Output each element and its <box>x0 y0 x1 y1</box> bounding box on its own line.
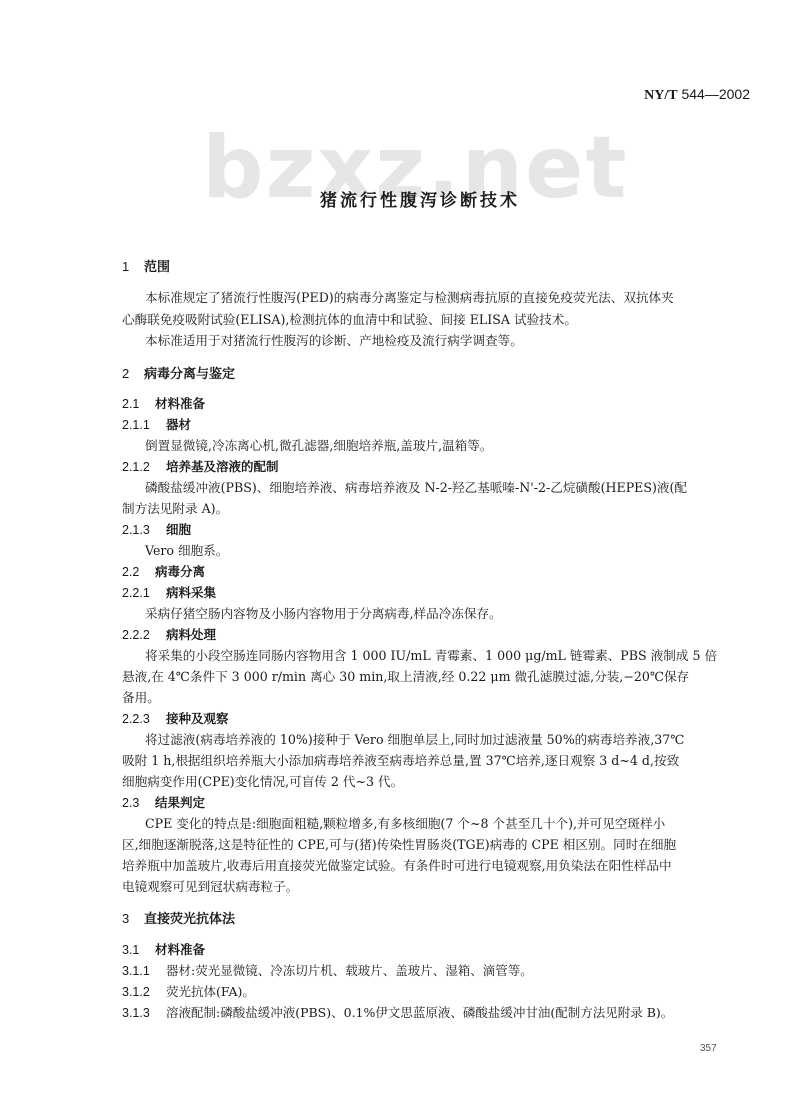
paragraph-line: 将过滤液(病毒培养液的 10%)接种于 Vero 细胞单层上,同时加过滤液量 5… <box>145 734 684 747</box>
section-title: 病毒分离与鉴定 <box>144 367 235 382</box>
paragraph-line: 本标准适用于对猪流行性腹泻的诊断、产地检疫及流行病学调查等。 <box>145 335 523 348</box>
paragraph-line: 悬液,在 4℃条件下 3 000 r/min 离心 30 min,取上清液,经 … <box>122 671 689 684</box>
paragraph-line: 培养瓶中加盖玻片,收毒后用直接荧光做鉴定试验。有条件时可进行电镜观察,用负染法在… <box>122 860 672 873</box>
subsection-heading: 2.1.2培养基及溶液的配制 <box>122 461 279 474</box>
paragraph-line: 本标准规定了猪流行性腹泻(PED)的病毒分离鉴定与检测病毒抗原的直接免疫荧光法、… <box>145 292 674 305</box>
section-title: 材料准备 <box>155 942 205 957</box>
section-number: 2.3 <box>122 797 155 810</box>
subsection-item: 3.1.3溶液配制:磷酸盐缓冲液(PBS)、0.1%伊文思蓝原液、磷酸盐缓冲甘油… <box>122 1007 673 1020</box>
paragraph-line: 制方法见附录 A)。 <box>122 503 228 516</box>
document-title: 猪流行性腹泻诊断技术 <box>0 186 800 211</box>
section-number: 1 <box>122 260 144 273</box>
section-title: 器材 <box>166 417 191 432</box>
subsection-heading: 2.2.3接种及观察 <box>122 713 229 726</box>
section-number: 2.2.1 <box>122 587 166 600</box>
subsection-heading: 2.3结果判定 <box>122 797 205 810</box>
section-number: 3 <box>122 912 144 925</box>
paragraph-line: 将采集的小段空肠连同肠内容物用含 1 000 IU/mL 青霉素、1 000 μ… <box>145 650 717 663</box>
section-number: 2 <box>122 367 144 380</box>
section-heading: 3直接荧光抗体法 <box>122 912 235 926</box>
standard-code: 544—2002 <box>681 86 750 102</box>
section-title: 材料准备 <box>155 396 205 411</box>
section-title: 细胞 <box>166 522 191 537</box>
subsection-heading: 2.1材料准备 <box>122 398 205 411</box>
section-number: 3.1.2 <box>122 986 166 999</box>
section-title: 病料处理 <box>166 627 216 642</box>
section-number: 2.2 <box>122 566 155 579</box>
section-number: 2.1.2 <box>122 461 166 474</box>
page-number: 357 <box>700 1043 717 1054</box>
section-number: 3.1.3 <box>122 1007 166 1020</box>
subsection-heading: 2.2病毒分离 <box>122 566 205 579</box>
subsection-heading: 2.1.1器材 <box>122 419 191 432</box>
paragraph-line: 电镜观察可见到冠状病毒粒子。 <box>122 881 298 894</box>
section-title: 病料采集 <box>166 585 216 600</box>
subsection-heading: 2.2.2病料处理 <box>122 629 216 642</box>
section-title: 病毒分离 <box>155 564 205 579</box>
item-text: 器材:荧光显微镜、冷冻切片机、载玻片、盖玻片、湿箱、滴管等。 <box>166 963 533 978</box>
section-title: 直接荧光抗体法 <box>144 912 235 927</box>
standard-number: NY/T 544—2002 <box>644 86 750 104</box>
section-heading: 2病毒分离与鉴定 <box>122 367 235 381</box>
section-number: 3.1 <box>122 944 155 957</box>
paragraph-line: 磷酸盐缓冲液(PBS)、细胞培养液、病毒培养液及 N-2-羟乙基哌嗪-N'-2-… <box>145 482 687 495</box>
section-title: 接种及观察 <box>166 711 229 726</box>
subsection-heading: 2.2.1病料采集 <box>122 587 216 600</box>
paragraph-line: 采病仔猪空肠内容物及小肠内容物用于分离病毒,样品冷冻保存。 <box>145 608 502 621</box>
section-number: 2.2.2 <box>122 629 166 642</box>
section-title: 范围 <box>144 260 170 275</box>
paragraph-line: CPE 变化的特点是:细胞面粗糙,颗粒增多,有多核细胞(7 个~8 个甚至几十个… <box>145 818 665 831</box>
section-title: 培养基及溶液的配制 <box>166 459 279 474</box>
item-text: 荧光抗体(FA)。 <box>166 984 255 999</box>
section-number: 2.2.3 <box>122 713 166 726</box>
standard-prefix: NY/T <box>644 88 677 103</box>
paragraph-line: 心酶联免疫吸附试验(ELISA),检测抗体的血清中和试验、间接 ELISA 试验… <box>122 314 577 327</box>
paragraph-line: 备用。 <box>122 692 160 705</box>
paragraph-line: 倒置显微镜,冷冻离心机,微孔滤器,细胞培养瓶,盖玻片,温箱等。 <box>145 440 492 453</box>
section-heading: 1范围 <box>122 260 170 274</box>
subsection-item: 3.1.1器材:荧光显微镜、冷冻切片机、载玻片、盖玻片、湿箱、滴管等。 <box>122 965 533 978</box>
paragraph-line: 吸附 1 h,根据组织培养瓶大小添加病毒培养液至病毒培养总量,置 37℃培养,逐… <box>122 755 679 768</box>
paragraph-line: Vero 细胞系。 <box>145 545 228 558</box>
paragraph-line: 区,细胞逐渐脱落,这是特征性的 CPE,可与(猪)传染性胃肠炎(TGE)病毒的 … <box>122 839 676 852</box>
subsection-item: 3.1.2荧光抗体(FA)。 <box>122 986 255 999</box>
paragraph-line: 细胞病变作用(CPE)变化情况,可盲传 2 代~3 代。 <box>122 776 403 789</box>
section-title: 结果判定 <box>155 795 205 810</box>
section-number: 2.1.1 <box>122 419 166 432</box>
section-number: 2.1 <box>122 398 155 411</box>
item-text: 溶液配制:磷酸盐缓冲液(PBS)、0.1%伊文思蓝原液、磷酸盐缓冲甘油(配制方法… <box>166 1005 673 1020</box>
section-number: 3.1.1 <box>122 965 166 978</box>
subsection-heading: 3.1材料准备 <box>122 944 205 957</box>
section-number: 2.1.3 <box>122 524 166 537</box>
subsection-heading: 2.1.3细胞 <box>122 524 191 537</box>
